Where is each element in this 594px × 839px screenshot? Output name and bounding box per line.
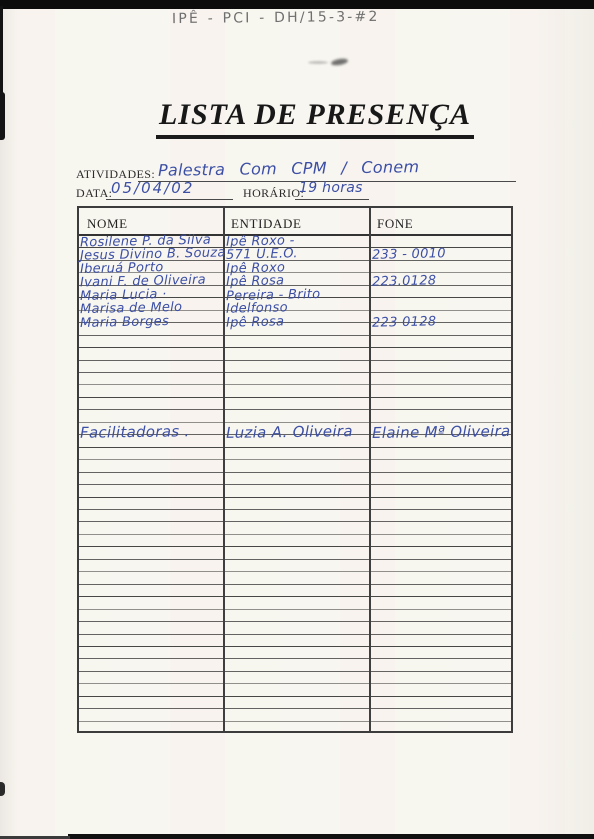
table-row	[79, 385, 511, 397]
table-grid	[79, 236, 511, 733]
scan-edge-top	[0, 0, 594, 9]
table-row	[79, 273, 511, 285]
table-row	[79, 684, 511, 696]
table-row	[79, 635, 511, 647]
table-row	[79, 522, 511, 534]
page-title: LISTA DE PRESENÇA	[156, 98, 474, 139]
table-row	[79, 610, 511, 622]
table-header-row: NOME ENTIDADE FONE	[79, 208, 511, 236]
table-row	[79, 248, 511, 260]
scanned-page: IPÊ - PCI - DH/15-3-#2 LISTA DE PRESENÇA…	[0, 0, 594, 839]
horario-value: 19 horas	[299, 180, 363, 196]
table-row	[79, 398, 511, 410]
table-row	[79, 572, 511, 584]
atividades-value: Palestra Com CPM / Conem	[158, 157, 420, 180]
smudge-dots	[308, 61, 328, 64]
table-row	[79, 485, 511, 497]
table-row	[79, 361, 511, 373]
attendance-table: NOME ENTIDADE FONE	[77, 206, 513, 733]
col-header-nome: NOME	[79, 208, 223, 234]
horario-underline	[295, 199, 369, 200]
table-row	[79, 659, 511, 671]
table-row	[79, 423, 511, 435]
table-row	[79, 323, 511, 335]
table-row	[79, 709, 511, 721]
table-row	[79, 336, 511, 348]
title-wrap: LISTA DE PRESENÇA	[100, 98, 530, 139]
table-row	[79, 311, 511, 323]
table-row	[79, 298, 511, 310]
col-header-entidade: ENTIDADE	[223, 208, 369, 234]
table-row	[79, 373, 511, 385]
table-row	[79, 348, 511, 360]
column-divider-1	[223, 208, 225, 731]
table-row	[79, 697, 511, 709]
table-row	[79, 547, 511, 559]
table-row	[79, 473, 511, 485]
table-row	[79, 585, 511, 597]
table-row	[79, 410, 511, 422]
table-row	[79, 498, 511, 510]
scan-edge-left-bump	[0, 92, 5, 140]
table-row	[79, 236, 511, 248]
data-underline	[106, 199, 233, 200]
col-header-fone: FONE	[369, 208, 511, 234]
table-row	[79, 535, 511, 547]
table-row	[79, 435, 511, 447]
scan-edge-left-mark	[0, 782, 5, 796]
table-row	[79, 448, 511, 460]
column-divider-2	[369, 208, 371, 731]
ink-smudge	[331, 58, 349, 67]
data-value: 05/04/02	[111, 179, 194, 197]
table-row	[79, 510, 511, 522]
table-row	[79, 647, 511, 659]
table-row	[79, 622, 511, 634]
document-code-annotation: IPÊ - PCI - DH/15-3-#2	[172, 9, 380, 27]
table-row	[79, 672, 511, 684]
table-row	[79, 261, 511, 273]
table-row	[79, 560, 511, 572]
table-row	[79, 722, 511, 733]
table-row	[79, 286, 511, 298]
scan-edge-bottom	[68, 834, 594, 839]
table-row	[79, 460, 511, 472]
table-row	[79, 597, 511, 609]
